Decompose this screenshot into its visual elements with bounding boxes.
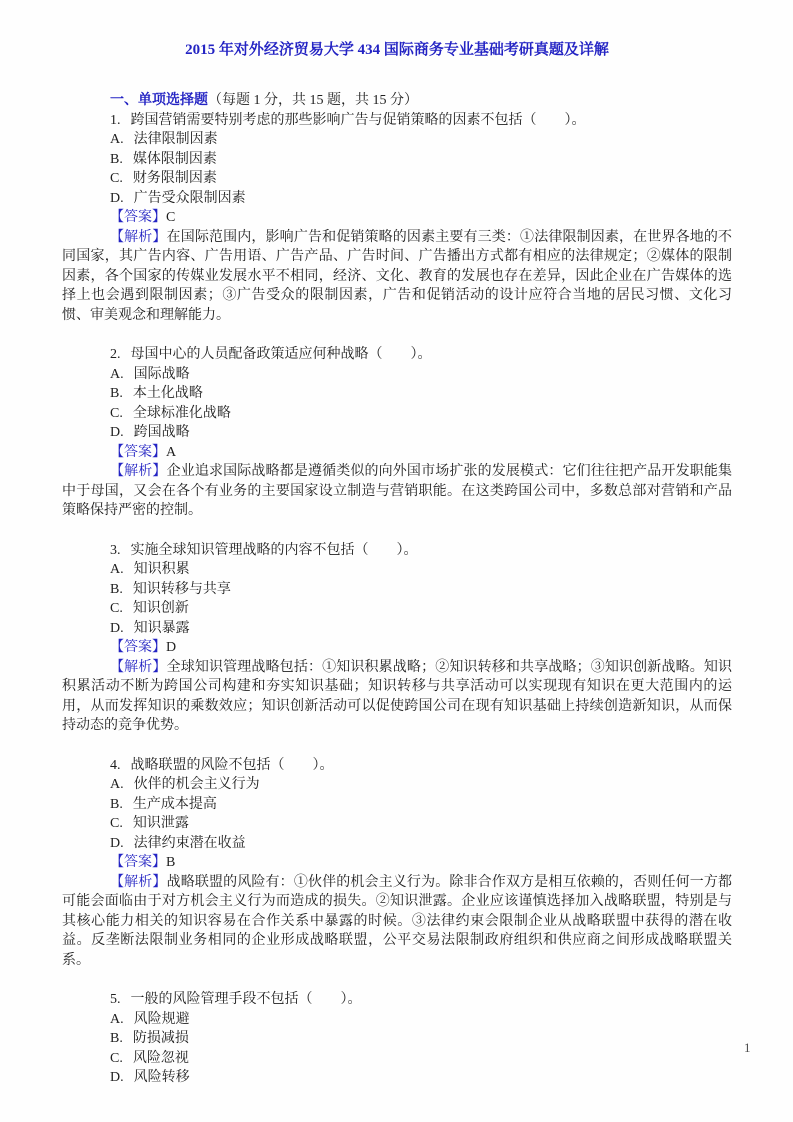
question-stem: 4.战略联盟的风险不包括（ ）。 bbox=[62, 756, 732, 776]
option-text: 知识暴露 bbox=[134, 621, 190, 636]
option-b: B.知识转移与共享 bbox=[62, 580, 732, 600]
option-c: C.风险忽视 bbox=[62, 1049, 732, 1069]
question-block: 4.战略联盟的风险不包括（ ）。 A.伙伴的机会主义行为B.生产成本提高C.知识… bbox=[62, 756, 732, 971]
option-a: A.风险规避 bbox=[62, 1010, 732, 1030]
option-key: C. bbox=[110, 169, 123, 189]
question-stem: 5.一般的风险管理手段不包括（ ）。 bbox=[62, 990, 732, 1010]
answer-value: D bbox=[166, 640, 176, 655]
option-key: A. bbox=[110, 775, 124, 795]
option-text: 防损减损 bbox=[133, 1031, 189, 1046]
page-number: 1 bbox=[744, 1040, 751, 1056]
analysis-paragraph: 【解析】在国际范围内，影响广告和促销策略的因素主要有三类：①法律限制因素，在世界… bbox=[62, 228, 732, 326]
option-text: 风险规避 bbox=[134, 1012, 190, 1027]
question-text: 跨国营销需要特别考虑的那些影响广告与促销策略的因素不包括（ ）。 bbox=[131, 113, 586, 128]
answer-line: 【答案】B bbox=[62, 853, 732, 873]
option-key: A. bbox=[110, 130, 124, 150]
option-key: C. bbox=[110, 814, 123, 834]
option-text: 知识积累 bbox=[134, 562, 190, 577]
section-heading-main: 一、单项选择题 bbox=[110, 93, 208, 108]
option-a: A.法律限制因素 bbox=[62, 130, 732, 150]
analysis-label: 【解析】 bbox=[110, 230, 167, 245]
answer-value: C bbox=[166, 210, 175, 225]
question-stem: 2.母国中心的人员配备政策适应何种战略（ ）。 bbox=[62, 345, 732, 365]
analysis-label: 【解析】 bbox=[110, 875, 167, 890]
option-key: A. bbox=[110, 365, 124, 385]
question-block: 3.实施全球知识管理战略的内容不包括（ ）。 A.知识积累B.知识转移与共享C.… bbox=[62, 541, 732, 736]
question-number: 2. bbox=[110, 345, 121, 365]
option-text: 法律约束潜在收益 bbox=[134, 836, 246, 851]
option-b: B.生产成本提高 bbox=[62, 795, 732, 815]
answer-value: B bbox=[166, 855, 175, 870]
analysis-paragraph: 【解析】企业追求国际战略都是遵循类似的向外国市场扩张的发展模式：它们往往把产品开… bbox=[62, 462, 732, 521]
option-d: D.风险转移 bbox=[62, 1068, 732, 1088]
option-text: 风险转移 bbox=[134, 1070, 190, 1085]
option-text: 广告受众限制因素 bbox=[134, 191, 246, 206]
analysis-paragraph: 【解析】全球知识管理战略包括：①知识积累战略；②知识转移和共享战略；③知识创新战… bbox=[62, 658, 732, 736]
option-key: B. bbox=[110, 150, 123, 170]
option-text: 跨国战略 bbox=[134, 425, 190, 440]
answer-line: 【答案】D bbox=[62, 638, 732, 658]
option-d: D.法律约束潜在收益 bbox=[62, 834, 732, 854]
question-number: 4. bbox=[110, 756, 121, 776]
answer-label: 【答案】 bbox=[110, 445, 166, 460]
option-key: C. bbox=[110, 404, 123, 424]
option-b: B.本土化战略 bbox=[62, 384, 732, 404]
option-key: A. bbox=[110, 560, 124, 580]
answer-label: 【答案】 bbox=[110, 210, 166, 225]
question-number: 5. bbox=[110, 990, 121, 1010]
question-text: 母国中心的人员配备政策适应何种战略（ ）。 bbox=[131, 347, 432, 362]
question-text: 一般的风险管理手段不包括（ ）。 bbox=[131, 992, 362, 1007]
option-key: A. bbox=[110, 1010, 124, 1030]
questions: 1.跨国营销需要特别考虑的那些影响广告与促销策略的因素不包括（ ）。 A.法律限… bbox=[62, 111, 732, 1088]
question-text: 实施全球知识管理战略的内容不包括（ ）。 bbox=[131, 543, 418, 558]
option-d: D.跨国战略 bbox=[62, 423, 732, 443]
option-text: 全球标准化战略 bbox=[133, 406, 231, 421]
option-text: 本土化战略 bbox=[133, 386, 203, 401]
question-number: 1. bbox=[110, 111, 121, 131]
option-c: C.全球标准化战略 bbox=[62, 404, 732, 424]
option-key: B. bbox=[110, 1029, 123, 1049]
option-b: B.防损减损 bbox=[62, 1029, 732, 1049]
question-block: 2.母国中心的人员配备政策适应何种战略（ ）。 A.国际战略B.本土化战略C.全… bbox=[62, 345, 732, 521]
analysis-label: 【解析】 bbox=[110, 660, 167, 675]
option-c: C.财务限制因素 bbox=[62, 169, 732, 189]
option-c: C.知识创新 bbox=[62, 599, 732, 619]
option-key: B. bbox=[110, 795, 123, 815]
page-title: 2015 年对外经济贸易大学 434 国际商务专业基础考研真题及详解 bbox=[62, 40, 732, 60]
answer-label: 【答案】 bbox=[110, 640, 166, 655]
answer-line: 【答案】A bbox=[62, 443, 732, 463]
answer-line: 【答案】C bbox=[62, 208, 732, 228]
option-text: 知识创新 bbox=[133, 601, 189, 616]
question-block: 5.一般的风险管理手段不包括（ ）。 A.风险规避B.防损减损C.风险忽视D.风… bbox=[62, 990, 732, 1088]
analysis-label: 【解析】 bbox=[110, 464, 167, 479]
option-text: 法律限制因素 bbox=[134, 132, 218, 147]
question-number: 3. bbox=[110, 541, 121, 561]
option-text: 风险忽视 bbox=[133, 1051, 189, 1066]
option-text: 生产成本提高 bbox=[133, 797, 217, 812]
option-key: B. bbox=[110, 384, 123, 404]
option-key: C. bbox=[110, 599, 123, 619]
option-b: B.媒体限制因素 bbox=[62, 150, 732, 170]
option-a: A.伙伴的机会主义行为 bbox=[62, 775, 732, 795]
question-block: 1.跨国营销需要特别考虑的那些影响广告与促销策略的因素不包括（ ）。 A.法律限… bbox=[62, 111, 732, 326]
question-stem: 1.跨国营销需要特别考虑的那些影响广告与促销策略的因素不包括（ ）。 bbox=[62, 111, 732, 131]
option-text: 财务限制因素 bbox=[133, 171, 217, 186]
option-key: D. bbox=[110, 423, 124, 443]
option-key: D. bbox=[110, 189, 124, 209]
option-c: C.知识泄露 bbox=[62, 814, 732, 834]
option-d: D.广告受众限制因素 bbox=[62, 189, 732, 209]
answer-value: A bbox=[166, 445, 176, 460]
question-text: 战略联盟的风险不包括（ ）。 bbox=[131, 758, 334, 773]
option-a: A.知识积累 bbox=[62, 560, 732, 580]
option-key: C. bbox=[110, 1049, 123, 1069]
section-heading-note: （每题 1 分，共 15 题，共 15 分） bbox=[208, 93, 418, 108]
analysis-paragraph: 【解析】战略联盟的风险有：①伙伴的机会主义行为。除非合作双方是相互依赖的，否则任… bbox=[62, 873, 732, 971]
option-text: 国际战略 bbox=[134, 367, 190, 382]
option-text: 知识转移与共享 bbox=[133, 582, 231, 597]
answer-label: 【答案】 bbox=[110, 855, 166, 870]
option-key: D. bbox=[110, 834, 124, 854]
option-a: A.国际战略 bbox=[62, 365, 732, 385]
option-text: 知识泄露 bbox=[133, 816, 189, 831]
option-d: D.知识暴露 bbox=[62, 619, 732, 639]
option-key: B. bbox=[110, 580, 123, 600]
document-page: 2015 年对外经济贸易大学 434 国际商务专业基础考研真题及详解 一、单项选… bbox=[0, 0, 793, 1122]
option-key: D. bbox=[110, 1068, 124, 1088]
section-heading: 一、单项选择题（每题 1 分，共 15 题，共 15 分） bbox=[62, 91, 732, 111]
option-key: D. bbox=[110, 619, 124, 639]
option-text: 伙伴的机会主义行为 bbox=[134, 777, 260, 792]
question-stem: 3.实施全球知识管理战略的内容不包括（ ）。 bbox=[62, 541, 732, 561]
option-text: 媒体限制因素 bbox=[133, 152, 217, 167]
